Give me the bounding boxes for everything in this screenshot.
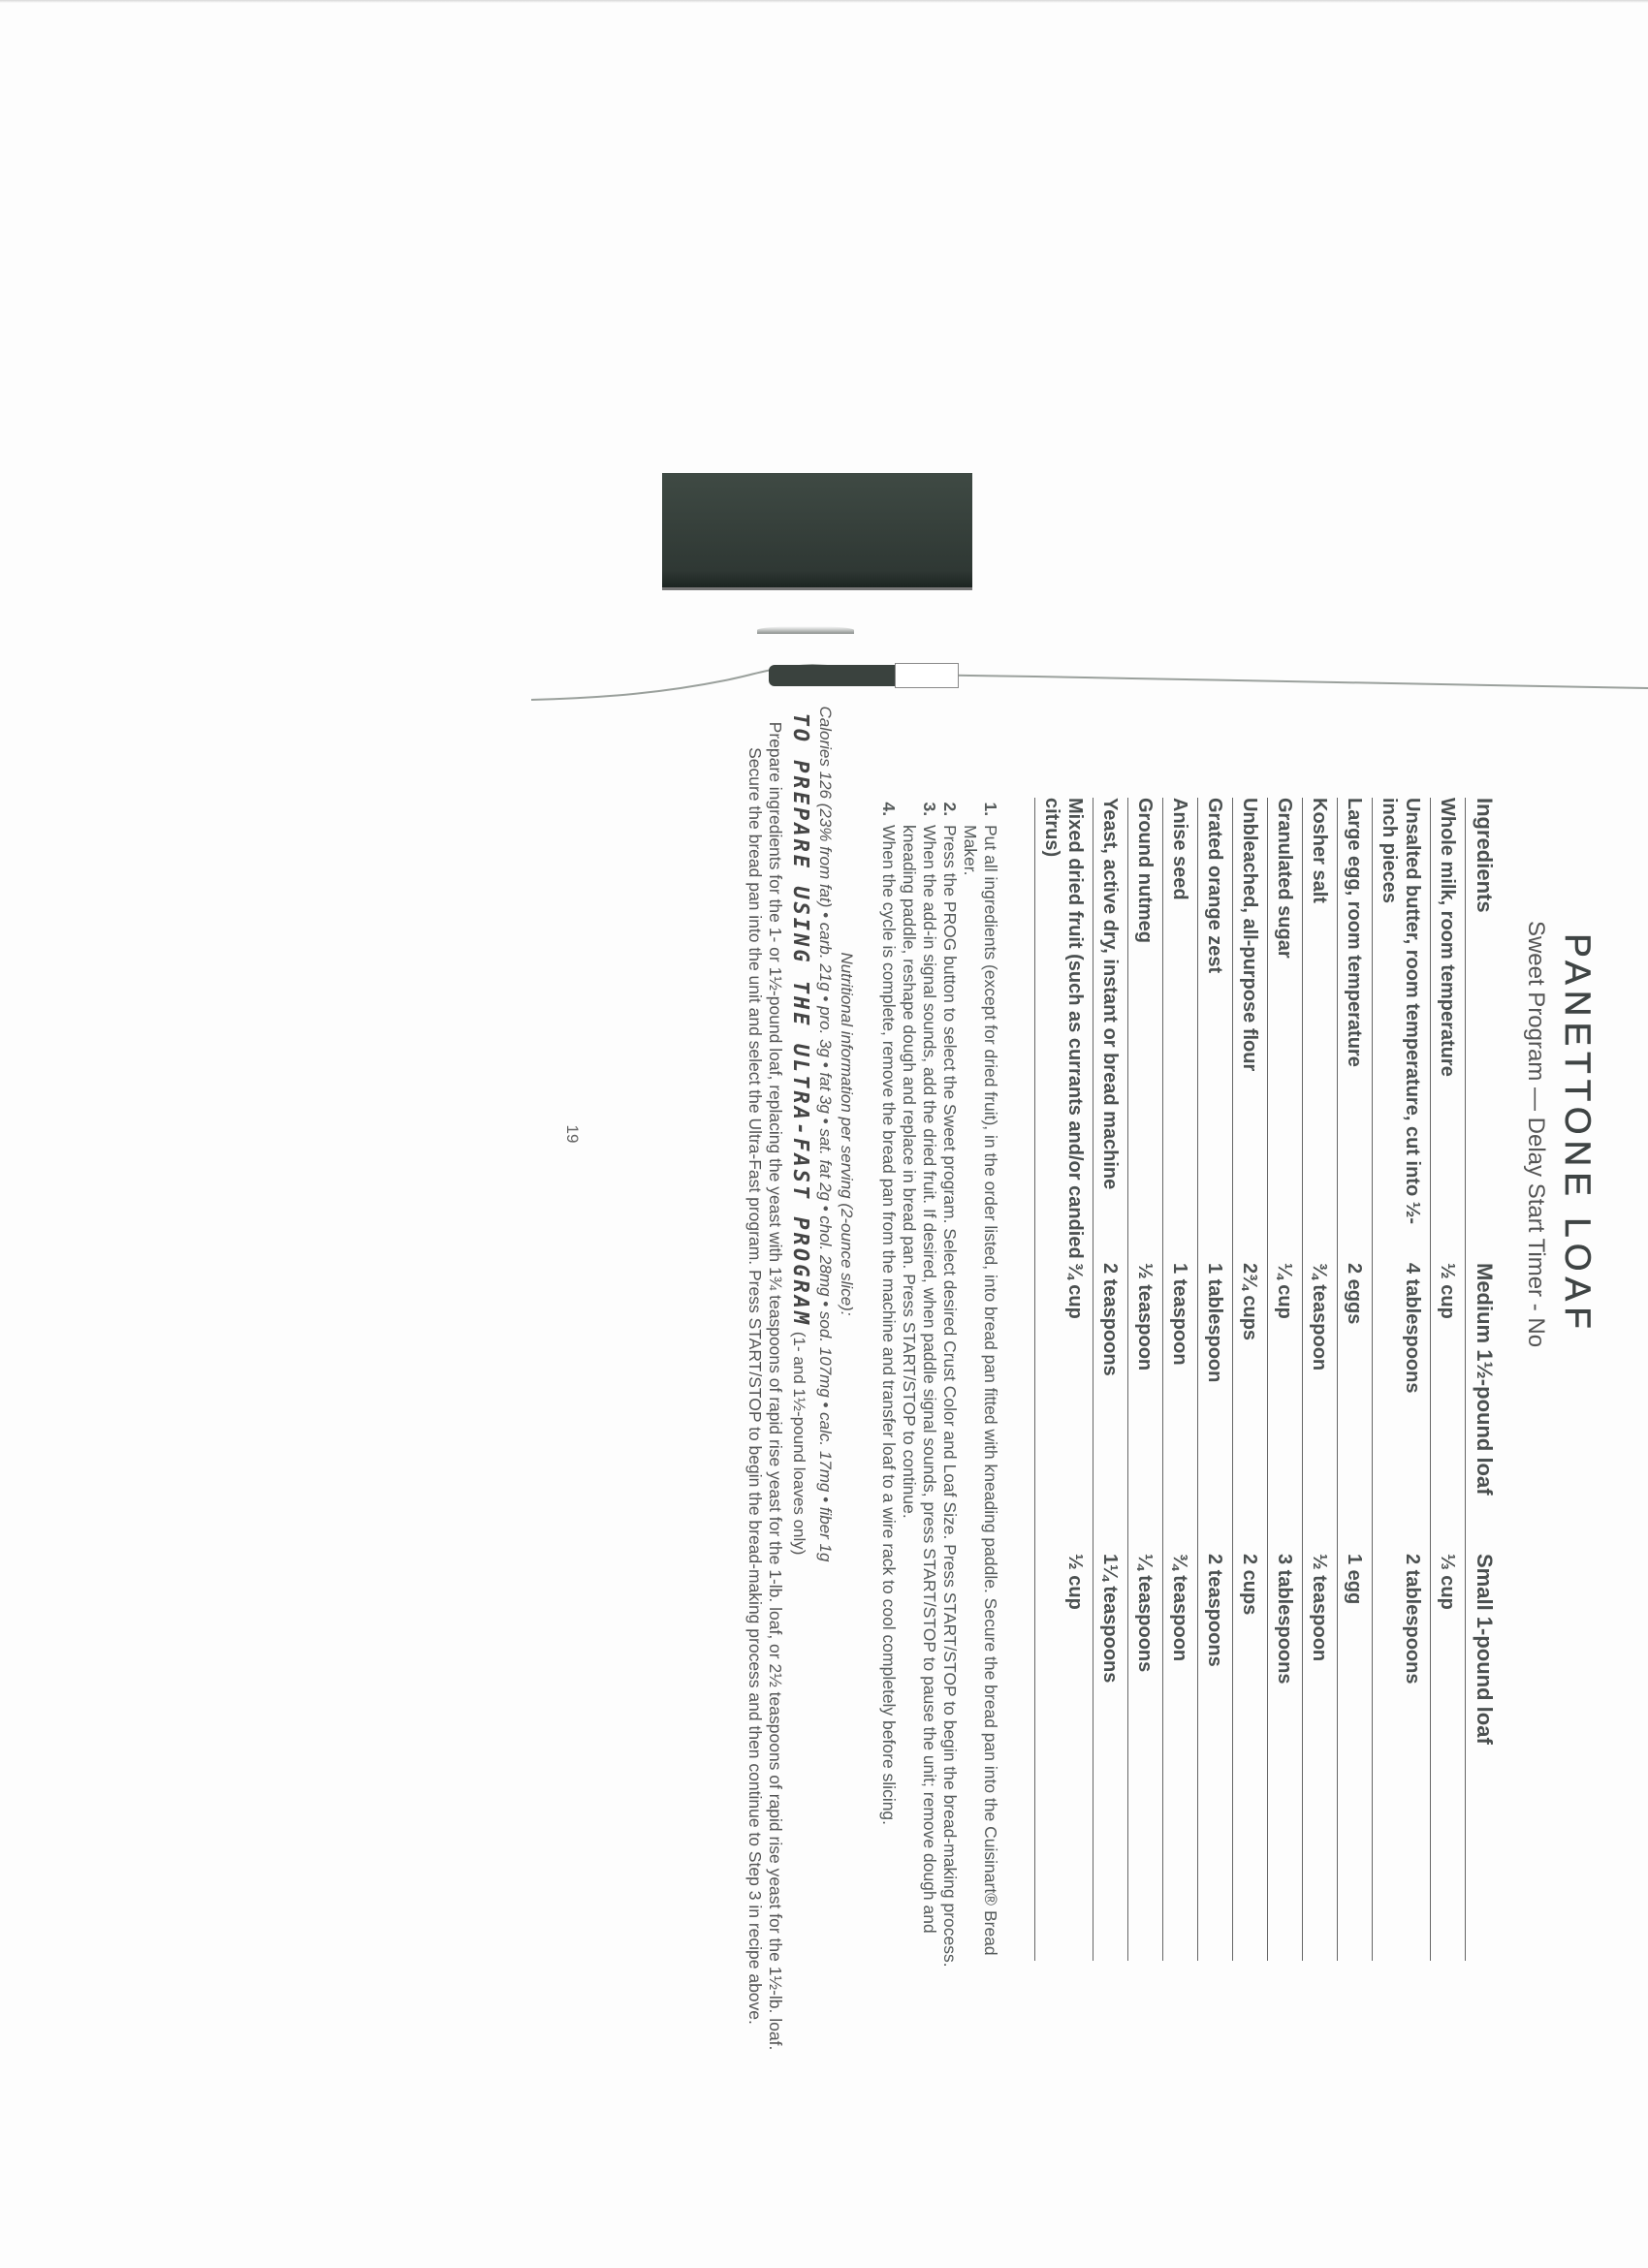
table-row: Ground nutmeg½ teaspoon¼ teaspoons: [1128, 798, 1163, 1961]
ingredient-name: Kosher salt: [1303, 798, 1338, 1263]
ingredient-name: Yeast, active dry, instant or bread mach…: [1093, 798, 1128, 1263]
ingredient-name: Whole milk, room temperature: [1431, 798, 1466, 1263]
table-row: Whole milk, room temperature½ cup⅓ cup: [1431, 798, 1466, 1961]
ingredients-table: Ingredients Medium 1½-pound loaf Small 1…: [1034, 798, 1503, 1961]
page-number: 19: [562, 0, 582, 2268]
step-2: Press the PROG button to select the Swee…: [939, 821, 960, 2003]
table-row: Unbleached, all-purpose flour2¾ cups2 cu…: [1233, 798, 1268, 1961]
small-amount: ¼ teaspoons: [1128, 1554, 1163, 1961]
table-row: Large egg, room temperature2 eggs1 egg: [1338, 798, 1373, 1961]
nutrition-values: Calories 126 (23% from fat) • carb. 21g …: [814, 0, 836, 2268]
small-amount: ½ cup: [1035, 1554, 1093, 1961]
table-row: Kosher salt¾ teaspoon½ teaspoon: [1303, 798, 1338, 1961]
ultra-fast-title: TO PREPARE USING THE ULTRA-FAST PROGRAM: [788, 713, 812, 1328]
table-row: Mixed dried fruit (such as currants and/…: [1035, 798, 1093, 1961]
medium-amount: ¾ teaspoon: [1303, 1263, 1338, 1554]
table-row: Grated orange zest1 tablespoon2 teaspoon…: [1198, 798, 1233, 1961]
step-4: When the cycle is complete, remove the b…: [878, 821, 899, 2003]
instruction-steps: Put all ingredients (except for dried fr…: [878, 798, 1000, 2003]
header-medium: Medium 1½-pound loaf: [1466, 1263, 1504, 1554]
medium-amount: 2 eggs: [1338, 1263, 1373, 1554]
small-amount: 2 teaspoons: [1198, 1554, 1233, 1961]
small-amount: 1¼ teaspoons: [1093, 1554, 1128, 1961]
ingredient-name: Grated orange zest: [1198, 798, 1233, 1263]
small-amount: ¾ teaspoon: [1163, 1554, 1198, 1961]
ultra-fast-body: Prepare ingredients for the 1- or 1½-pou…: [745, 698, 785, 2074]
recipe-title: PANETTONE LOAF: [1557, 0, 1598, 2268]
small-amount: ⅓ cup: [1431, 1554, 1466, 1961]
small-amount: 1 egg: [1338, 1554, 1373, 1961]
step-1: Put all ingredients (except for dried fr…: [960, 821, 1000, 2003]
table-row: Yeast, active dry, instant or bread mach…: [1093, 798, 1128, 1961]
table-row: Unsalted butter, room temperature, cut i…: [1373, 798, 1431, 1961]
ingredient-name: Mixed dried fruit (such as currants and/…: [1035, 798, 1093, 1263]
recipe-page: PANETTONE LOAF Sweet Program — Delay Sta…: [0, 0, 1648, 2268]
ultra-fast-heading: TO PREPARE USING THE ULTRA-FAST PROGRAM …: [788, 0, 812, 2268]
medium-amount: 1 teaspoon: [1163, 1263, 1198, 1554]
small-amount: 2 tablespoons: [1373, 1554, 1431, 1961]
ingredient-name: Anise seed: [1163, 798, 1198, 1263]
recipe-subtitle: Sweet Program — Delay Start Timer - No: [1522, 0, 1549, 2268]
ultra-fast-note: (1- and 1½-pound loaves only): [790, 1332, 808, 1556]
medium-amount: ¼ cup: [1268, 1263, 1303, 1554]
header-ingredients: Ingredients: [1466, 798, 1504, 1263]
medium-amount: ¾ cup: [1035, 1263, 1093, 1554]
medium-amount: ½ teaspoon: [1128, 1263, 1163, 1554]
ingredient-name: Granulated sugar: [1268, 798, 1303, 1263]
ingredient-name: Large egg, room temperature: [1338, 798, 1373, 1263]
header-small: Small 1-pound loaf: [1466, 1554, 1504, 1961]
medium-amount: 4 tablespoons: [1373, 1263, 1431, 1554]
small-amount: ½ teaspoon: [1303, 1554, 1338, 1961]
ingredient-name: Ground nutmeg: [1128, 798, 1163, 1263]
nutrition-heading: Nutritional information per serving (2-o…: [836, 0, 857, 2268]
medium-amount: 1 tablespoon: [1198, 1263, 1233, 1554]
medium-amount: 2 teaspoons: [1093, 1263, 1128, 1554]
medium-amount: ½ cup: [1431, 1263, 1466, 1554]
table-header-row: Ingredients Medium 1½-pound loaf Small 1…: [1466, 798, 1504, 1961]
small-amount: 3 tablespoons: [1268, 1554, 1303, 1961]
medium-amount: 2¾ cups: [1233, 1263, 1268, 1554]
nutrition-info: Nutritional information per serving (2-o…: [814, 0, 857, 2268]
step-3: When the add-in signal sounds, add the d…: [899, 821, 939, 2003]
table-row: Granulated sugar¼ cup3 tablespoons: [1268, 798, 1303, 1961]
table-row: Anise seed1 teaspoon¾ teaspoon: [1163, 798, 1198, 1961]
ingredient-name: Unbleached, all-purpose flour: [1233, 798, 1268, 1263]
small-amount: 2 cups: [1233, 1554, 1268, 1961]
ingredient-name: Unsalted butter, room temperature, cut i…: [1373, 798, 1431, 1263]
